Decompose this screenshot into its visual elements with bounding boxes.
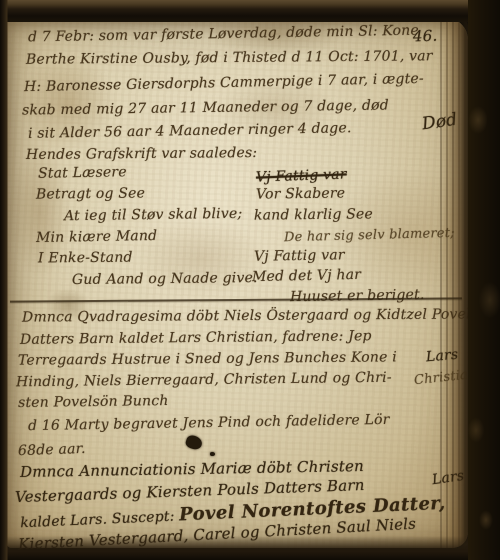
ink-blot (210, 452, 215, 456)
epitaph-right-line: kand klarlig See (254, 206, 373, 223)
burial-record-line: i sit Alder 56 aar 4 Maaneder ringer 4 d… (28, 120, 352, 142)
burial-record-line: d 7 Febr: som var første Løverdag, døde … (28, 23, 419, 46)
margin-child-name: Lars (425, 347, 459, 366)
book-left-edge (0, 0, 8, 560)
page-edge-shadow (459, 18, 468, 548)
epitaph-left-line: Betragt og See (36, 185, 145, 202)
manuscript-photo: d 7 Febr: som var første Løverdag, døde … (0, 0, 500, 560)
baptism-record-line: Datters Barn kaldet Lars Christian, fadr… (20, 328, 372, 348)
burial-record-line: 68de aar. (18, 441, 86, 459)
page-number: 46. (413, 27, 438, 46)
epitaph-left-line: Gud Aand og Naade give. (72, 270, 258, 288)
ink-blot (184, 434, 203, 451)
burial-record-line: skab med mig 27 aar 11 Maaneder og 7 dag… (22, 97, 389, 118)
epitaph-right-line: Vor Skabere (256, 185, 345, 202)
manuscript-page: d 7 Febr: som var første Løverdag, døde … (6, 18, 468, 548)
epitaph-right-line: De har sig selv blameret; (284, 226, 455, 245)
epitaph-heading: Hendes Grafskrift var saaledes: (26, 145, 257, 163)
epitaph-left-line: At ieg til Støv skal blive; (64, 206, 243, 224)
epitaph-right-line: Vj Fattig var (254, 247, 345, 265)
book-bottom-edge (0, 536, 500, 560)
epitaph-left-line: Min kiære Mand (36, 228, 158, 246)
burial-record-line: H: Baronesse Giersdorphs Cammerpige i 7 … (24, 71, 424, 95)
epitaph-right-line: Med det Vj har (252, 267, 361, 285)
epitaph-left-line: I Enke-Stand (38, 250, 133, 267)
epitaph-right-struck-line: Vj Fattig var (256, 166, 347, 185)
epitaph-left-line: Stat Læsere (38, 164, 127, 182)
epitaph-right-line: Huuset er beriget. (290, 287, 425, 305)
burial-record-line: d 16 Marty begravet Jens Pind och fadeli… (28, 412, 390, 434)
book-binding (468, 0, 500, 560)
burial-record-line: Berthe Kirstine Ousby, fød i Thisted d 1… (26, 48, 433, 68)
baptism-record-line: Dmnca Qvadragesima döbt Niels Östergaard… (22, 306, 478, 325)
baptism-record-line: Hinding, Niels Bierregaard, Christen Lun… (16, 370, 392, 391)
baptism-record-line: Terregaards Hustrue i Sned og Jens Bunch… (18, 349, 397, 368)
baptism-record-line: sten Povelsön Bunch (18, 393, 169, 411)
book-top-edge (0, 0, 500, 22)
